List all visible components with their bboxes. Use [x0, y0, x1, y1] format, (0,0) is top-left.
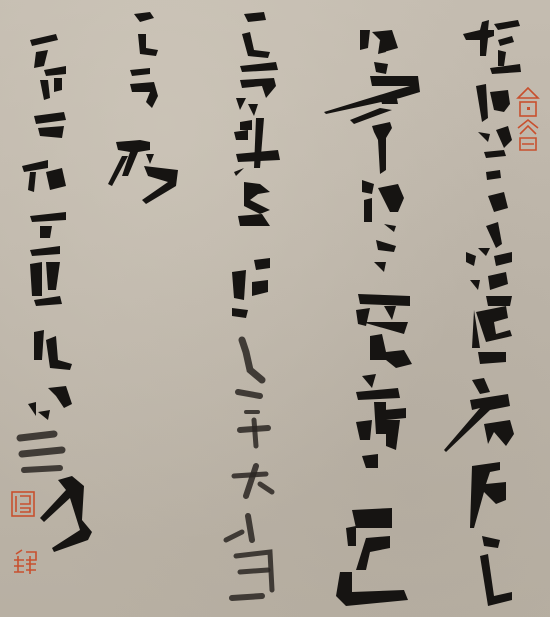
- calligraphy-artwork: Chinese calligraphy: [0, 0, 550, 617]
- ink-strokes: [0, 0, 550, 617]
- seal-left-top: [12, 492, 34, 516]
- column-1: [444, 20, 521, 606]
- column-5: [20, 34, 92, 552]
- column-2: [324, 30, 420, 606]
- column-4: [108, 12, 178, 204]
- column-3: [226, 12, 280, 598]
- seal-right: [518, 88, 538, 150]
- seal-left-bottom: [14, 550, 36, 574]
